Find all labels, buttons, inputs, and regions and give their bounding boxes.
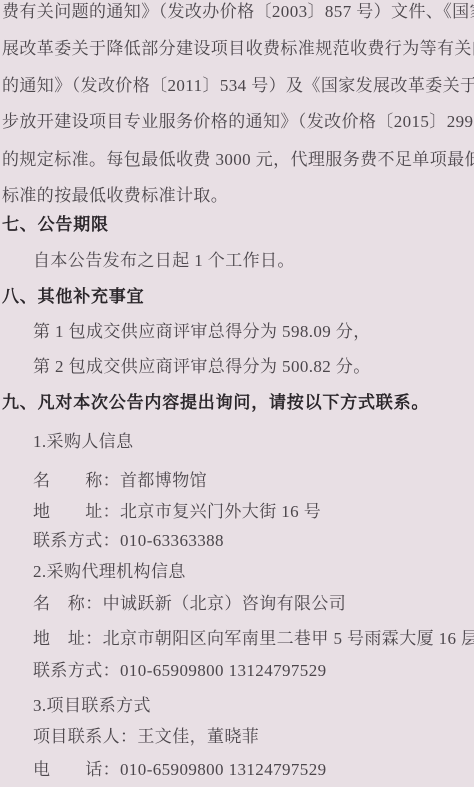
purchaser-name-value: 首都博物馆 [120, 471, 207, 490]
announcement-document: 费有关问题的通知》（发改办价格〔2003〕857 号）文件、《国家发 展改革委关… [0, 0, 474, 787]
agency-name-value: 中诚跃新（北京）咨询有限公司 [103, 594, 347, 613]
purchaser-name-label: 名 称： [33, 471, 120, 490]
fee-paragraph-line-3: 的通知》（发改价格〔2011〕534 号）及《国家发展改革委关于进一 [2, 75, 474, 97]
section-7-body: 自本公告发布之日起 1 个工作日。 [33, 250, 295, 272]
agency-contact-row: 联系方式：010-65909800 13124797529 [33, 660, 327, 682]
project-phone-row: 电 话：010-65909800 13124797529 [33, 759, 327, 781]
fee-paragraph-line-6: 标准的按最低收费标准计取。 [2, 185, 228, 207]
project-contact-person-value: 王文佳，董晓菲 [137, 727, 259, 746]
agency-contact-value: 010-65909800 13124797529 [120, 661, 327, 680]
fee-paragraph-line-5: 的规定标准。每包最低收费 3000 元，代理服务费不足单项最低收费 [2, 149, 474, 171]
agency-address-value: 北京市朝阳区向军南里二巷甲 5 号雨霖大厦 16 层 [103, 629, 474, 648]
agency-address-row: 地 址：北京市朝阳区向军南里二巷甲 5 号雨霖大厦 16 层 [33, 628, 474, 650]
section-9-heading: 九、凡对本次公告内容提出询问，请按以下方式联系。 [2, 392, 429, 414]
project-contact-title: 3.项目联系方式 [33, 695, 151, 717]
project-contact-person-row: 项目联系人：王文佳，董晓菲 [33, 726, 259, 748]
purchaser-info-title: 1.采购人信息 [33, 431, 134, 453]
section-7-heading: 七、公告期限 [2, 214, 109, 236]
purchaser-name-row: 名 称：首都博物馆 [33, 470, 207, 492]
project-phone-label: 电 话： [33, 760, 120, 779]
package-2-score-line: 第 2 包成交供应商评审总得分为 500.82 分。 [33, 356, 371, 378]
purchaser-address-value: 北京市复兴门外大街 16 号 [120, 502, 321, 521]
agency-address-label: 地 址： [33, 629, 103, 648]
section-8-heading: 八、其他补充事宜 [2, 286, 144, 308]
project-phone-value: 010-65909800 13124797529 [120, 760, 327, 779]
purchaser-contact-row: 联系方式：010-63363388 [33, 530, 224, 552]
agency-info-title: 2.采购代理机构信息 [33, 561, 186, 583]
fee-paragraph-line-4: 步放开建设项目专业服务价格的通知》（发改价格〔2015〕299 号） [2, 111, 474, 133]
project-contact-person-label: 项目联系人： [33, 727, 137, 746]
purchaser-address-row: 地 址：北京市复兴门外大街 16 号 [33, 501, 321, 523]
purchaser-contact-label: 联系方式： [33, 531, 120, 550]
fee-paragraph-line-2: 展改革委关于降低部分建设项目收费标准规范收费行为等有关问题 [2, 38, 474, 60]
fee-paragraph-line-1: 费有关问题的通知》（发改办价格〔2003〕857 号）文件、《国家发 [2, 1, 474, 23]
purchaser-address-label: 地 址： [33, 502, 120, 521]
agency-name-label: 名 称： [33, 594, 103, 613]
agency-contact-label: 联系方式： [33, 661, 120, 680]
page: { "page": { "background_color": "#e8dfe4… [0, 0, 474, 787]
purchaser-contact-value: 010-63363388 [120, 531, 224, 550]
agency-name-row: 名 称：中诚跃新（北京）咨询有限公司 [33, 593, 346, 615]
package-1-score-line: 第 1 包成交供应商评审总得分为 598.09 分， [33, 321, 371, 343]
